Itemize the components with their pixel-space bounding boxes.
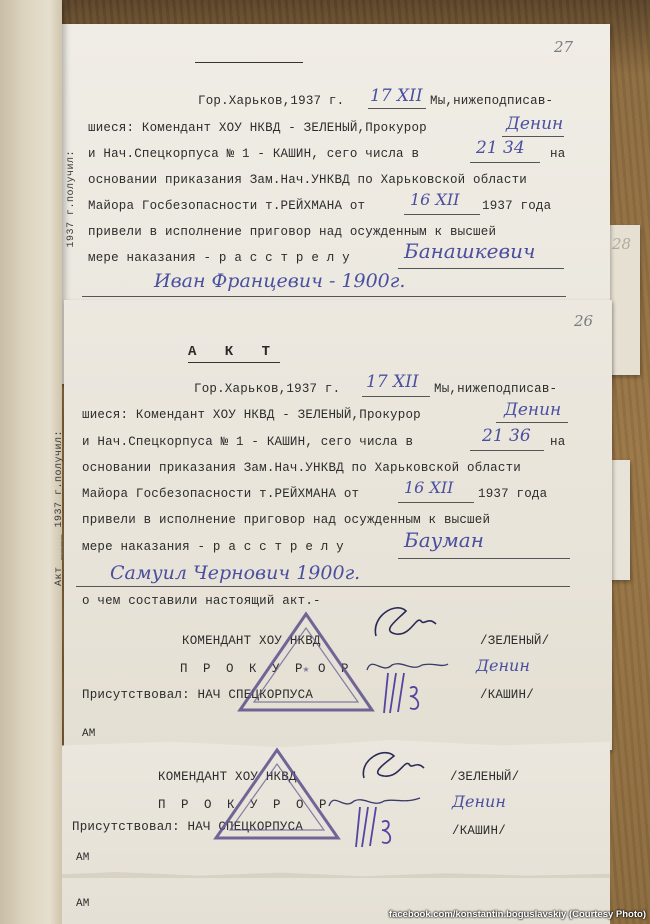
bottom-document-sheet: КОМЕНДАНТ ХОУ НКВД /ЗЕЛЕНЫЙ/ П Р О К У Р…: [62, 738, 610, 924]
signature-kashin: [380, 668, 430, 718]
bottom-signature-kashin: [352, 802, 402, 852]
back-line1-suffix: Мы,нижеподписав-: [430, 94, 553, 108]
back-line1-prefix: Гор.Харьков,1937 г.: [198, 94, 344, 108]
bottom-prosecutor-name-hand: Денин: [452, 792, 506, 811]
back-line2-prefix: шиеся: Комендант ХОУ НКВД - ЗЕЛЕНЫЙ,Прок…: [88, 121, 427, 135]
front-line9: о чем составили настоящий акт.-: [82, 594, 321, 608]
back-line5-prefix: Майора Госбезопасности т.РЕЙХМАНА от: [88, 199, 365, 213]
blank-line: [502, 136, 564, 137]
front-document-title: А К Т: [188, 344, 280, 363]
blank-line: [398, 558, 570, 559]
back-order-date-hand: 16 XII: [410, 190, 459, 209]
svg-text:★: ★: [302, 665, 309, 674]
front-line1-suffix: Мы,нижеподписав-: [434, 382, 557, 396]
back-condemned-surname-hand: Банашкевич: [404, 239, 535, 263]
back-condemned-name-hand: Иван Францевич - 1900г.: [154, 270, 405, 292]
front-time-hand: 21 36: [482, 426, 531, 446]
front-document-sheet: 26 А К Т Гор.Харьков,1937 г. 17 XII Мы,н…: [64, 300, 612, 750]
front-date-handwritten: 17 XII: [366, 372, 419, 392]
back-line4: основании приказания Зам.Нач.УНКВД по Ха…: [88, 173, 527, 187]
front-line3-suffix: на: [550, 435, 565, 449]
back-page-number: 27: [554, 38, 573, 56]
front-line7-prefix: мере наказания - р а с с т р е л у: [82, 540, 344, 554]
front-line4: основании приказания Зам.Нач.УНКВД по Ха…: [82, 461, 521, 475]
blank-line: [82, 296, 566, 297]
bottom-present-name: /КАШИН/: [452, 824, 506, 838]
front-line5-suffix: 1937 года: [478, 487, 547, 501]
back-line3-prefix: и Нач.Спецкорпуса № 1 - КАШИН, сего числ…: [88, 147, 419, 161]
front-line2-prefix: шиеся: Комендант ХОУ НКВД - ЗЕЛЕНЫЙ,Прок…: [82, 408, 421, 422]
blank-line: [470, 162, 540, 163]
blank-line: [470, 450, 544, 451]
blank-line: [398, 268, 564, 269]
bottom-footer-initials-2: АМ: [76, 898, 90, 910]
commandant-name: /ЗЕЛЕНЫЙ/: [480, 634, 549, 648]
blank-line: [398, 502, 474, 503]
front-page-number: 26: [574, 312, 593, 330]
front-line1-prefix: Гор.Харьков,1937 г.: [194, 382, 340, 396]
blank-line: [362, 396, 430, 397]
back-line7-prefix: мере наказания - р а с с т р е л у: [88, 251, 350, 265]
back-line3-suffix: на: [550, 147, 565, 161]
front-prosecutor-hand: Денин: [504, 400, 561, 420]
present-name: /КАШИН/: [480, 688, 534, 702]
bottom-commandant-name: /ЗЕЛЕНЫЙ/: [450, 770, 519, 784]
bottom-footer-initials-1: АМ: [76, 852, 90, 864]
prosecutor-name-hand: Денин: [476, 656, 530, 675]
blank-line: [368, 108, 426, 109]
blank-line: [76, 586, 570, 587]
front-line6: привели в исполнение приговор над осужде…: [82, 513, 490, 527]
binder-left-page: 1937 г.получил: Акт ____ 1937 г.получил:: [0, 0, 62, 924]
front-condemned-surname-hand: Бауман: [404, 528, 484, 552]
front-line5-prefix: Майора Госбезопасности т.РЕЙХМАНА от: [82, 487, 359, 501]
signature-commandant: [366, 596, 446, 646]
front-line3-prefix: и Нач.Спецкорпуса № 1 - КАШИН, сего числ…: [82, 435, 413, 449]
front-footer-initials: АМ: [82, 728, 96, 740]
photo-credit: facebook.com/konstantin.boguslavskiy (Co…: [389, 909, 646, 920]
blank-line: [404, 214, 480, 215]
blank-line: [496, 422, 568, 423]
back-date-handwritten: 17 XII: [370, 86, 423, 106]
back-title-underline: [195, 62, 303, 63]
bottom-signature-commandant: [354, 742, 434, 786]
margin-stamp-upper: 1937 г.получил:: [66, 150, 77, 248]
back-line5-suffix: 1937 года: [482, 199, 551, 213]
back-time-hand: 21 34: [476, 138, 525, 158]
edge-page-number: 28: [612, 235, 631, 253]
front-order-date-hand: 16 XII: [404, 478, 453, 497]
front-condemned-name-hand: Самуил Чернович 1900г.: [110, 562, 360, 584]
back-prosecutor-hand: Денин: [506, 114, 563, 134]
back-line6: привели в исполнение приговор над осужде…: [88, 225, 496, 239]
